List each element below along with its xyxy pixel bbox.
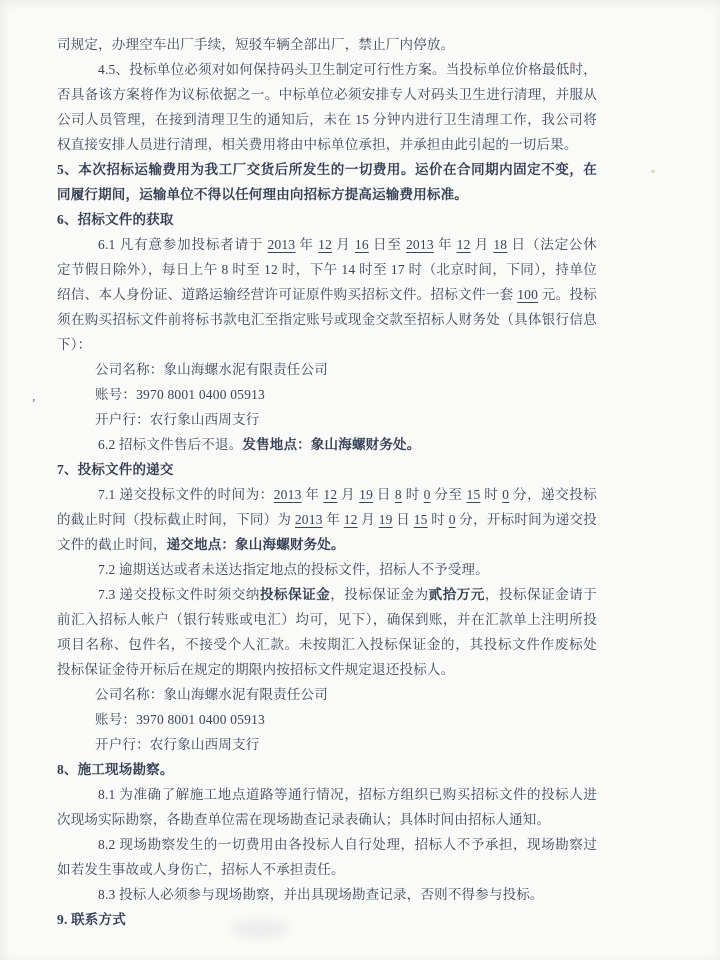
emphasis-text: 贰拾万元 <box>429 587 485 602</box>
text-segment: 7.2 逾期送达或者未送达指定地点的投标文件，招标人不予受理。 <box>98 562 489 577</box>
text-line: 4.5、投标单位必须对如何保持码头卫生制定可行性方案。当投标单位价格最低时，是 <box>57 57 597 82</box>
text-segment: 司规定，办理空车出厂手续，短驳车辆全部出厂，禁止厂内停放。 <box>57 37 454 52</box>
text-segment: 月 <box>358 512 379 527</box>
text-segment: 时 <box>428 512 449 527</box>
text-segment: 须在购买招标文件前将标书款电汇至指定账号或现金交款至招标人财务处（具体银行信息如 <box>57 312 597 332</box>
text-segment: 投标保证金待开标后在规定的期限内按招标文件规定退还投标人。 <box>57 662 454 677</box>
text-segment: 日 <box>393 512 414 527</box>
underlined-value: 15 <box>414 512 428 527</box>
text-line: 账号：3970 8001 0400 05913 <box>57 707 597 732</box>
text-line: 6.1 凡有意参加投标者请于 2013 年 12 月 16 日至 2013 年 … <box>57 232 597 257</box>
text-segment: 公司名称：象山海螺水泥有限责任公司 <box>95 362 328 377</box>
emphasis-text: 5、本次招标运输费用为我工厂交货后所发生的一切费用。运价在合同期内固定不变，在合 <box>57 162 597 182</box>
text-segment: 年 <box>323 512 344 527</box>
underlined-value: 12 <box>318 237 332 252</box>
emphasis-text: 7、投标文件的递交 <box>57 462 174 477</box>
underlined-value: 16 <box>355 237 369 252</box>
text-segment: 年 <box>434 237 457 252</box>
emphasis-text: 8、施工现场勘察。 <box>57 762 174 777</box>
text-segment: 定节假日除外），每日上午 8 时至 12 时，下午 14 时至 17 时（北京时… <box>57 262 597 282</box>
text-segment: 分至 <box>431 487 467 502</box>
underlined-value: 8 <box>395 487 402 502</box>
text-line: 8、施工现场勘察。 <box>57 757 597 782</box>
text-line: 8.1 为准确了解施工地点道路等通行情况，招标方组织已购买招标文件的投标人进行一 <box>57 782 597 807</box>
text-segment: 开户行：农行象山西周支行 <box>95 737 259 752</box>
text-segment: 月 <box>471 237 494 252</box>
text-line: 5、本次招标运输费用为我工厂交货后所发生的一切费用。运价在合同期内固定不变，在合 <box>57 157 597 182</box>
emphasis-text: 9. 联系方式 <box>57 912 126 927</box>
underlined-value: 0 <box>449 512 456 527</box>
text-segment: 账号：3970 8001 0400 05913 <box>95 712 265 727</box>
text-segment: 日 <box>373 487 395 502</box>
underlined-value: 100 <box>517 287 538 302</box>
underlined-value: 19 <box>359 487 373 502</box>
underlined-value: 12 <box>323 487 337 502</box>
text-line: 9. 联系方式 <box>57 907 597 932</box>
text-segment: 公司人员管理，在接到清理卫生的通知后，未在 15 分钟内进行卫生清理工作，我公司… <box>57 112 597 132</box>
text-line: 账号：3970 8001 0400 05913 <box>57 382 597 407</box>
text-line: 司规定，办理空车出厂手续，短驳车辆全部出厂，禁止厂内停放。 <box>57 32 597 57</box>
text-segment: 年 <box>295 237 318 252</box>
text-segment: 如若发生事故或人身伤亡，招标人不承担责任。 <box>57 862 345 877</box>
underlined-value: 19 <box>379 512 393 527</box>
text-segment: 项目名称、包件名，不接受个人汇款。未按期汇入投标保证金的，其投标文件作废标处理。 <box>57 637 597 657</box>
underlined-value: 2013 <box>295 512 323 527</box>
text-segment: 7.3 递交投标文件时须交纳 <box>98 587 260 602</box>
text-line: 6、招标文件的获取 <box>57 207 597 232</box>
text-line: 项目名称、包件名，不接受个人汇款。未按期汇入投标保证金的，其投标文件作废标处理。 <box>57 632 597 657</box>
text-line: 文件的截止时间，递交地点：象山海螺财务处。 <box>57 532 597 557</box>
text-line: 7.1 递交投标文件的时间为：2013 年 12 月 19 日 8 时 0 分至… <box>57 482 597 507</box>
scan-speckle-yellow <box>651 170 655 173</box>
text-line: 否具备该方案将作为议标依据之一。中标单位必须安排专人对码头卫生进行清理，并服从我 <box>57 82 597 107</box>
text-line: 公司人员管理，在接到清理卫生的通知后，未在 15 分钟内进行卫生清理工作，我公司… <box>57 107 597 132</box>
text-segment: 8.3 投标人必须参与现场勘察，并出具现场勘查记录，否则不得参与投标。 <box>98 887 544 902</box>
text-segment: ，投标保证金为 <box>330 587 428 602</box>
underlined-value: 2013 <box>268 237 296 252</box>
text-line: 前汇入招标人帐户（银行转账或电汇）均可，见下），确保到账，并在汇款单上注明所投标 <box>57 607 597 632</box>
text-segment: 绍信、本人身份证、道路运输经营许可证原件购买招标文件。招标文件一套 <box>57 287 517 302</box>
text-line: 次现场实际勘察，各勘查单位需在现场勘查记录表确认；具体时间由招标人通知。 <box>57 807 597 832</box>
text-line: 定节假日除外），每日上午 8 时至 12 时，下午 14 时至 17 时（北京时… <box>57 257 597 282</box>
text-segment: 权直接安排人员进行清理，相关费用将由中标单位承担，并承担由此引起的一切后果。 <box>57 137 578 152</box>
text-line: 8.2 现场勘察发生的一切费用由各投标人自行处理，招标人不予承担，现场勘察过程中 <box>57 832 597 857</box>
text-segment: 8.1 为准确了解施工地点道路等通行情况，招标方组织已购买招标文件的投标人进行一 <box>98 787 597 807</box>
text-line: 6.2 招标文件售后不退。发售地点：象山海螺财务处。 <box>57 432 597 457</box>
text-line: 权直接安排人员进行清理，相关费用将由中标单位承担，并承担由此引起的一切后果。 <box>57 132 597 157</box>
text-line: 下）： <box>57 332 597 357</box>
text-line: 开户行：农行象山西周支行 <box>57 407 597 432</box>
emphasis-text: 投标保证金 <box>260 587 330 602</box>
text-segment: 公司名称：象山海螺水泥有限责任公司 <box>95 687 328 702</box>
text-line: 的截止时间（投标截止时间，下同）为 2013 年 12 月 19 日 15 时 … <box>57 507 597 532</box>
stray-ink-mark: ’ <box>29 396 36 412</box>
underlined-value: 2013 <box>274 487 302 502</box>
text-line: 开户行：农行象山西周支行 <box>57 732 597 757</box>
emphasis-text: 同履行期间，运输单位不得以任何理由向招标方提高运输费用标准。 <box>57 187 468 202</box>
text-line: 7.2 逾期送达或者未送达指定地点的投标文件，招标人不予受理。 <box>57 557 597 582</box>
text-line: 绍信、本人身份证、道路运输经营许可证原件购买招标文件。招标文件一套 100 元。… <box>57 282 597 307</box>
text-segment: 日至 <box>369 237 406 252</box>
text-line: 同履行期间，运输单位不得以任何理由向招标方提高运输费用标准。 <box>57 182 597 207</box>
scanned-document-page: 司规定，办理空车出厂手续，短驳车辆全部出厂，禁止厂内停放。4.5、投标单位必须对… <box>0 0 720 960</box>
text-segment: 月 <box>332 237 355 252</box>
text-segment: 的截止时间（投标截止时间，下同）为 <box>57 512 295 527</box>
text-line: 8.3 投标人必须参与现场勘察，并出具现场勘查记录，否则不得参与投标。 <box>57 882 597 907</box>
text-segment: 开户行：农行象山西周支行 <box>95 412 259 427</box>
text-line: 7、投标文件的递交 <box>57 457 597 482</box>
text-segment: 7.1 递交投标文件的时间为： <box>98 487 274 502</box>
text-segment: 月 <box>337 487 359 502</box>
text-line: 7.3 递交投标文件时须交纳投标保证金，投标保证金为贰拾万元，投标保证金请于开标 <box>57 582 597 607</box>
text-line: 投标保证金待开标后在规定的期限内按招标文件规定退还投标人。 <box>57 657 597 682</box>
text-segment: 8.2 现场勘察发生的一切费用由各投标人自行处理，招标人不予承担，现场勘察过程中 <box>98 837 597 857</box>
text-segment: 年 <box>302 487 324 502</box>
document-body: 司规定，办理空车出厂手续，短驳车辆全部出厂，禁止厂内停放。4.5、投标单位必须对… <box>57 32 597 932</box>
underlined-value: 12 <box>344 512 358 527</box>
text-segment: 下）： <box>57 337 91 352</box>
emphasis-text: 6、招标文件的获取 <box>57 212 174 227</box>
text-segment: 次现场实际勘察，各勘查单位需在现场勘查记录表确认；具体时间由招标人通知。 <box>57 812 550 827</box>
text-segment: 6.1 凡有意参加投标者请于 <box>98 237 268 252</box>
text-segment: 时 <box>480 487 502 502</box>
text-segment: 时 <box>402 487 424 502</box>
text-line: 须在购买招标文件前将标书款电汇至指定账号或现金交款至招标人财务处（具体银行信息如 <box>57 307 597 332</box>
text-segment: 文件的截止时间， <box>57 537 167 552</box>
text-segment: 4.5、投标单位必须对如何保持码头卫生制定可行性方案。当投标单位价格最低时，是 <box>98 62 597 82</box>
text-line: 如若发生事故或人身伤亡，招标人不承担责任。 <box>57 857 597 882</box>
emphasis-text: 递交地点：象山海螺财务处。 <box>167 537 345 552</box>
text-segment: 6.2 招标文件售后不退。 <box>98 437 242 452</box>
underlined-value: 15 <box>467 487 481 502</box>
text-line: 公司名称：象山海螺水泥有限责任公司 <box>57 357 597 382</box>
emphasis-text: 发售地点：象山海螺财务处。 <box>242 437 420 452</box>
text-segment: 否具备该方案将作为议标依据之一。中标单位必须安排专人对码头卫生进行清理，并服从我 <box>57 87 597 107</box>
underlined-value: 18 <box>493 237 507 252</box>
text-segment: 账号：3970 8001 0400 05913 <box>95 387 265 402</box>
underlined-value: 12 <box>457 237 471 252</box>
underlined-value: 0 <box>424 487 431 502</box>
underlined-value: 2013 <box>406 237 434 252</box>
text-segment: 前汇入招标人帐户（银行转账或电汇）均可，见下），确保到账，并在汇款单上注明所投标 <box>57 612 597 632</box>
text-line: 公司名称：象山海螺水泥有限责任公司 <box>57 682 597 707</box>
